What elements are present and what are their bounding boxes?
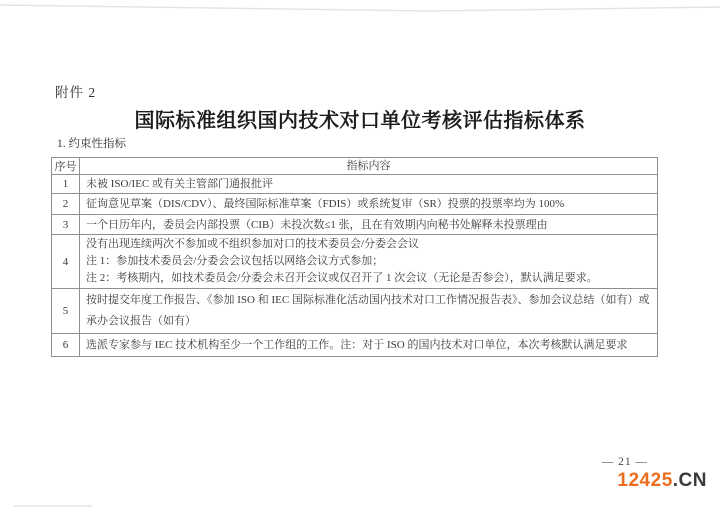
table-row: 1 未被 ISO/IEC 或有关主管部门通报批评 (52, 175, 658, 194)
row-content: 没有出现连续两次不参加或不组织参加对口的技术委员会/分委会会议 注 1：参加技术… (80, 235, 658, 289)
watermark-number: 12425 (617, 470, 672, 491)
row-content: 按时提交年度工作报告、《参加 ISO 和 IEC 国际标准化活动国内技术对口工作… (80, 289, 658, 334)
row-content: 未被 ISO/IEC 或有关主管部门通报批评 (80, 175, 658, 194)
row-content-line: 一个日历年内，委员会内部投票（CIB）未投次数≤1 张，且在有效期内向秘书处解释… (86, 217, 651, 233)
page-number: — 21 — (602, 456, 648, 468)
column-header-content: 指标内容 (80, 158, 658, 175)
table-row: 6 选派专家参与 IEC 技术机构至少一个工作组的工作。注：对于 ISO 的国内… (52, 334, 658, 357)
section-label: 1. 约束性指标 (57, 135, 126, 151)
watermark-suffix: .CN (673, 470, 707, 491)
watermark-logo: 12425.CN (617, 470, 707, 492)
table-row: 5 按时提交年度工作报告、《参加 ISO 和 IEC 国际标准化活动国内技术对口… (52, 289, 658, 334)
row-content-line: 选派专家参与 IEC 技术机构至少一个工作组的工作。注：对于 ISO 的国内技术… (86, 337, 651, 353)
table-header-row: 序号 指标内容 (52, 158, 658, 175)
row-number: 3 (52, 215, 80, 235)
column-header-no: 序号 (52, 158, 80, 175)
row-content-line: 未被 ISO/IEC 或有关主管部门通报批评 (86, 176, 651, 192)
row-content-line: 注 1：参加技术委员会/分委会会议包括以网络会议方式参加； (86, 253, 651, 270)
table-row: 4 没有出现连续两次不参加或不组织参加对口的技术委员会/分委会会议 注 1：参加… (52, 235, 658, 289)
scan-artifact-line (0, 0, 720, 16)
indicator-table: 序号 指标内容 1 未被 ISO/IEC 或有关主管部门通报批评 2 征询意见草… (51, 157, 658, 357)
row-content: 一个日历年内，委员会内部投票（CIB）未投次数≤1 张，且在有效期内向秘书处解释… (80, 215, 658, 235)
row-content: 征询意见草案（DIS/CDV）、最终国际标准草案（FDIS）或系统复审（SR）投… (80, 194, 658, 215)
row-content-line: 没有出现连续两次不参加或不组织参加对口的技术委员会/分委会会议 (86, 236, 651, 253)
scanned-document-page: 附件 2 国际标准组织国内技术对口单位考核评估指标体系 1. 约束性指标 序号 … (0, 0, 720, 509)
row-number: 6 (52, 334, 80, 357)
table-row: 2 征询意见草案（DIS/CDV）、最终国际标准草案（FDIS）或系统复审（SR… (52, 194, 658, 215)
attachment-label: 附件 2 (55, 81, 96, 101)
row-number: 1 (52, 175, 80, 194)
scan-smudge-artifact (14, 505, 92, 507)
row-number: 5 (52, 289, 80, 334)
row-content: 选派专家参与 IEC 技术机构至少一个工作组的工作。注：对于 ISO 的国内技术… (80, 334, 658, 357)
row-number: 2 (52, 194, 80, 215)
row-content-line: 按时提交年度工作报告、《参加 ISO 和 IEC 国际标准化活动国内技术对口工作… (86, 290, 651, 332)
row-content-line: 征询意见草案（DIS/CDV）、最终国际标准草案（FDIS）或系统复审（SR）投… (86, 196, 651, 212)
document-title: 国际标准组织国内技术对口单位考核评估指标体系 (0, 104, 720, 133)
table-row: 3 一个日历年内，委员会内部投票（CIB）未投次数≤1 张，且在有效期内向秘书处… (52, 215, 658, 235)
row-content-line: 注 2：考核期内，如技术委员会/分委会未召开会议或仅召开了 1 次会议（无论是否… (86, 270, 651, 287)
row-number: 4 (52, 235, 80, 289)
